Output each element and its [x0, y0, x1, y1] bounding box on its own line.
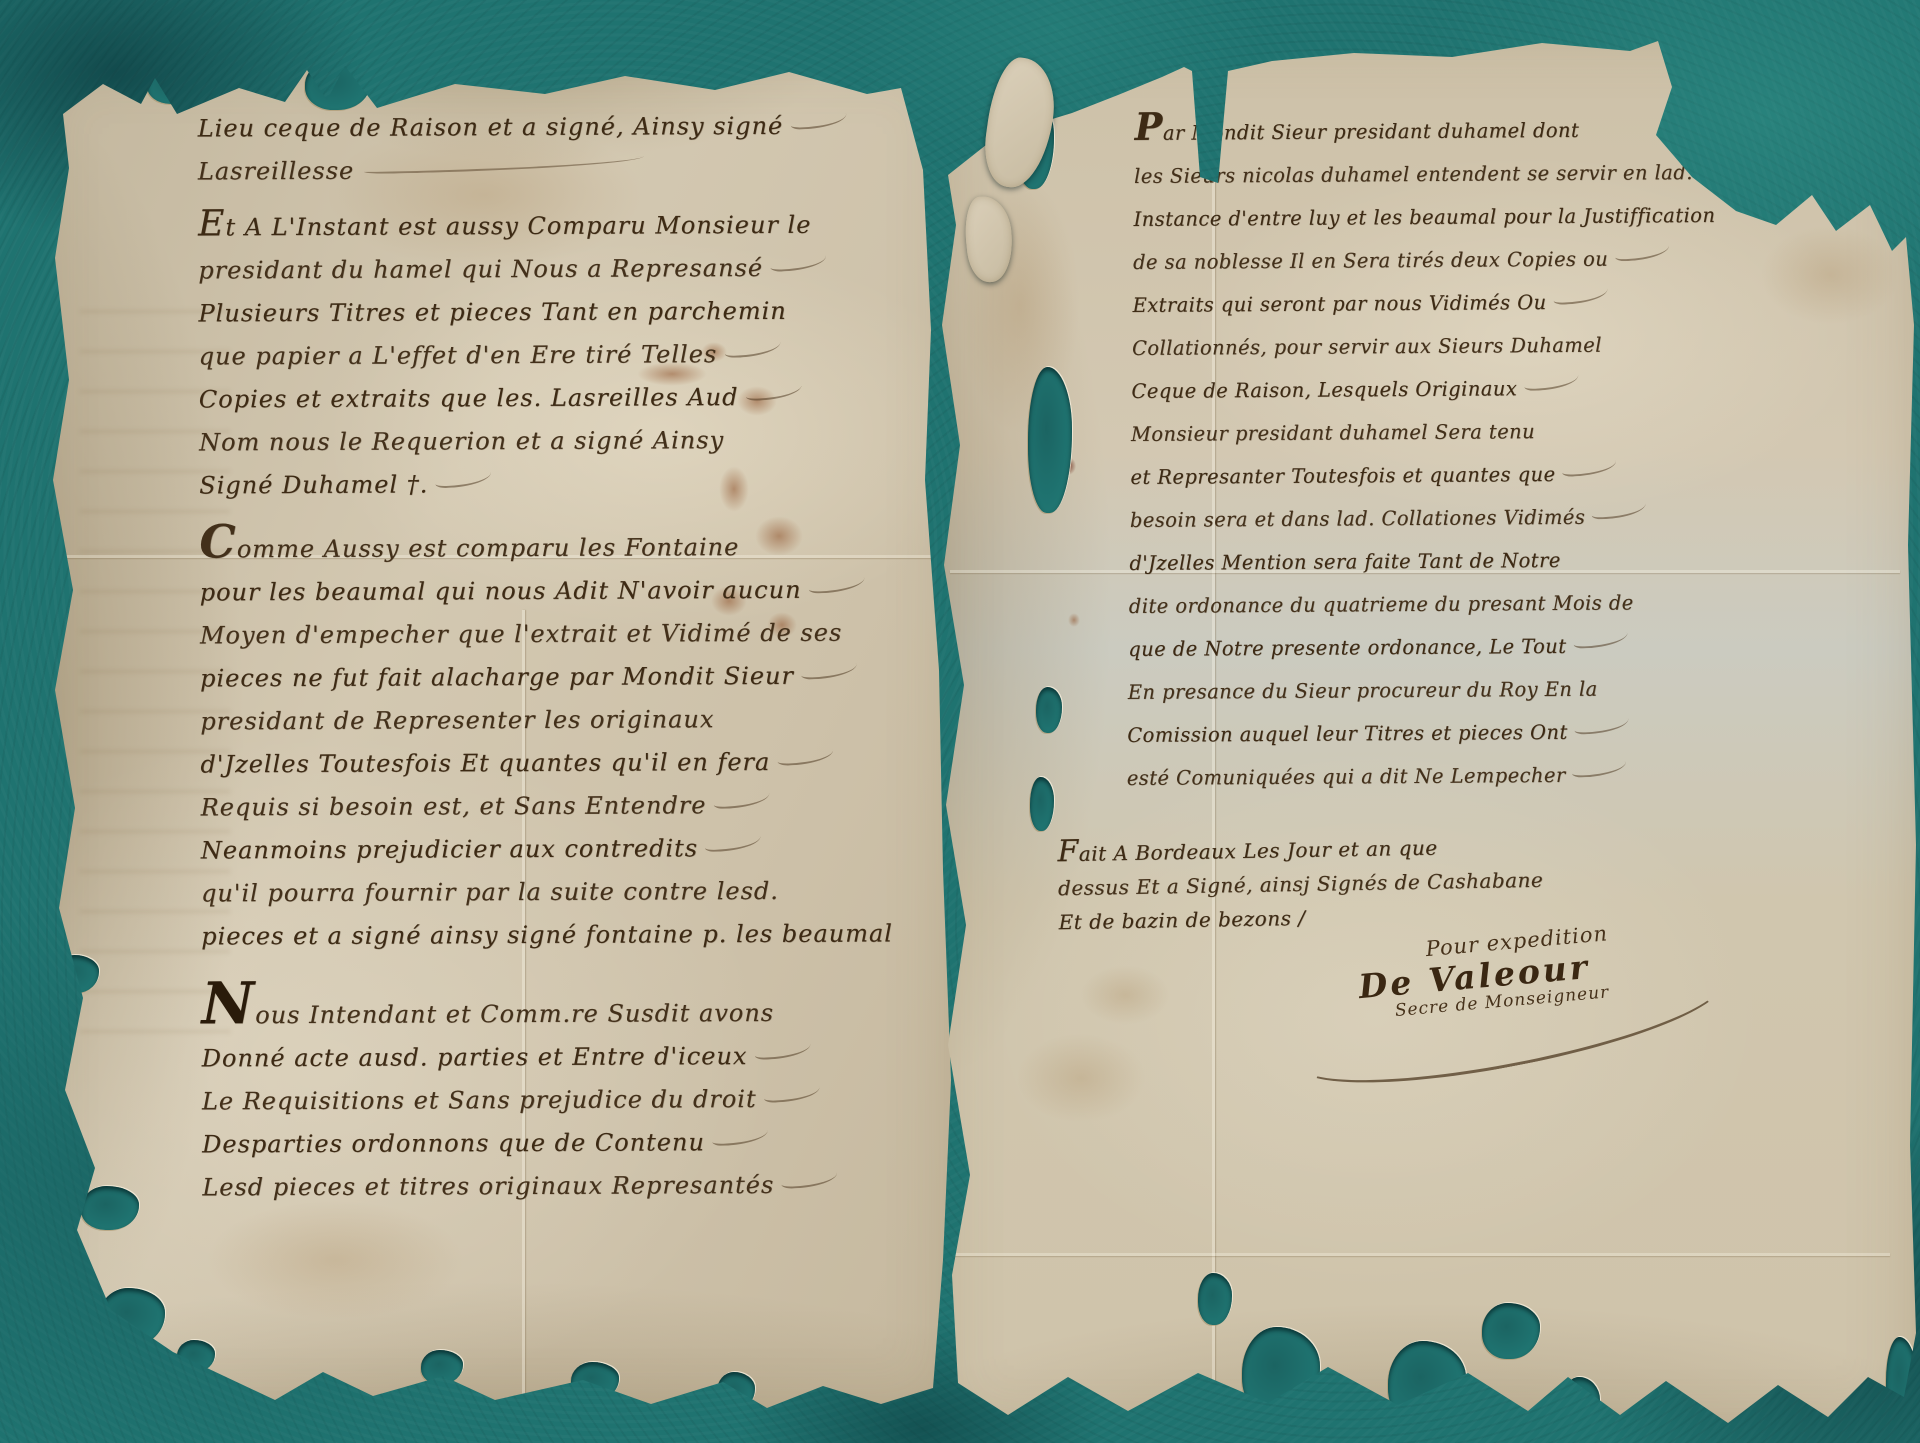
manuscript-line: de sa noblesse Il en Sera tirés deux Cop… [1133, 238, 1599, 284]
manuscript-line: En presance du Sieur procureur du Roy En… [1128, 668, 1594, 714]
manuscript-line: Moyen d'empecher que l'extrait et Vidimé… [200, 612, 860, 658]
manuscript-line: Et A L'Instant est aussy Comparu Monsieu… [198, 200, 858, 250]
manuscript-line: Monsieur presidant duhamel Sera tenu [1131, 410, 1597, 456]
stain [1016, 1033, 1146, 1123]
left-page-text: Lieu ceque de Raison et a signé, Ainsy s… [198, 105, 863, 1210]
stain [205, 1200, 465, 1320]
manuscript-line: Nous Intendant et Comm.re Susdit avons [201, 980, 861, 1038]
manuscript-line: pour les beaumal qui nous Adit N'avoir a… [200, 569, 860, 615]
manuscript-line: Lieu ceque de Raison et a signé, Ainsy s… [198, 105, 858, 151]
torn-hole [1030, 777, 1054, 831]
photo-of-manuscript: { "colors":{ "background_teal":"#1f7370"… [0, 0, 1920, 1443]
manuscript-line: presidant du hamel qui Nous a Represansé [198, 247, 858, 293]
stain [1760, 225, 1900, 325]
manuscript-line: Collationnés, pour servir aux Sieurs Duh… [1132, 324, 1598, 370]
right-page-text: Par Mondit Sieur presidant duhamel dont … [1127, 105, 1615, 806]
fold-crease [950, 1253, 1890, 1256]
torn-hole [1482, 1303, 1540, 1359]
manuscript-line: que de Notre presente ordonance, Le Tout [1128, 625, 1594, 671]
manuscript-line: Plusieurs Titres et pieces Tant en parch… [198, 290, 858, 336]
torn-hole [1028, 367, 1072, 513]
manuscript-line: esté Comuniquées qui a dit Ne Lempecher [1127, 754, 1593, 800]
manuscript-line: d'Jzelles Toutesfois Et quantes qu'il en… [200, 741, 860, 787]
manuscript-line: pieces ne fut fait alacharge par Mondit … [200, 655, 860, 701]
manuscript-line: Comme Aussy est comparu les Fontaine [199, 518, 859, 572]
manuscript-line: Comission auquel leur Titres et pieces O… [1127, 711, 1593, 757]
manuscript-line: presidant de Representer les originaux [200, 698, 860, 744]
torn-hole [1036, 687, 1062, 733]
manuscript-line: besoin sera et dans lad. Collationes Vid… [1130, 496, 1596, 542]
manuscript-line: Lasreillesse [198, 148, 858, 194]
manuscript-line: Extraits qui seront par nous Vidimés Ou [1132, 281, 1598, 327]
manuscript-line: Neanmoins prejudicier aux contredits [201, 827, 861, 873]
manuscript-line: et Represanter Toutesfois et quantes que [1130, 453, 1596, 499]
manuscript-line: Desparties ordonnons que de Contenu [202, 1121, 862, 1167]
manuscript-line: Donné acte ausd. parties et Entre d'iceu… [202, 1035, 862, 1081]
manuscript-line: dite ordonance du quatrieme du presant M… [1129, 582, 1595, 628]
stain [1068, 613, 1080, 627]
manuscript-line: qu'il pourra fournir par la suite contre… [201, 870, 861, 916]
manuscript-line: que papier a L'effet d'en Ere tiré Telle… [199, 333, 859, 379]
stain [1080, 965, 1170, 1025]
manuscript-line: Instance d'entre luy et les beaumal pour… [1133, 195, 1599, 241]
closing-text: Fait A Bordeaux Les Jour et an que dessu… [1057, 827, 1544, 939]
manuscript-line: Ceque de Raison, Lesquels Originaux [1131, 367, 1597, 413]
manuscript-line: Signé Duhamel †. [199, 462, 859, 508]
left-page: Lieu ceque de Raison et a signé, Ainsy s… [25, 50, 960, 1422]
manuscript-line: Requis si besoin est, et Sans Entendre [201, 784, 861, 830]
torn-hole [81, 1186, 139, 1230]
manuscript-line: Copies et extraits que les. Lasreilles A… [199, 376, 859, 422]
manuscript-line: pieces et a signé ainsy signé fontaine p… [201, 913, 861, 959]
manuscript-line: Lesd pieces et titres originaux Represan… [202, 1164, 862, 1210]
manuscript-line: Le Requisitions et Sans prejudice du dro… [202, 1078, 862, 1124]
manuscript-line: Nom nous le Requerion et a signé Ainsy [199, 419, 859, 465]
torn-hole [1198, 1273, 1232, 1325]
manuscript-line: d'Jzelles Mention sera faite Tant de Not… [1129, 539, 1595, 585]
right-page: Par Mondit Sieur presidant duhamel dont … [930, 25, 1920, 1443]
